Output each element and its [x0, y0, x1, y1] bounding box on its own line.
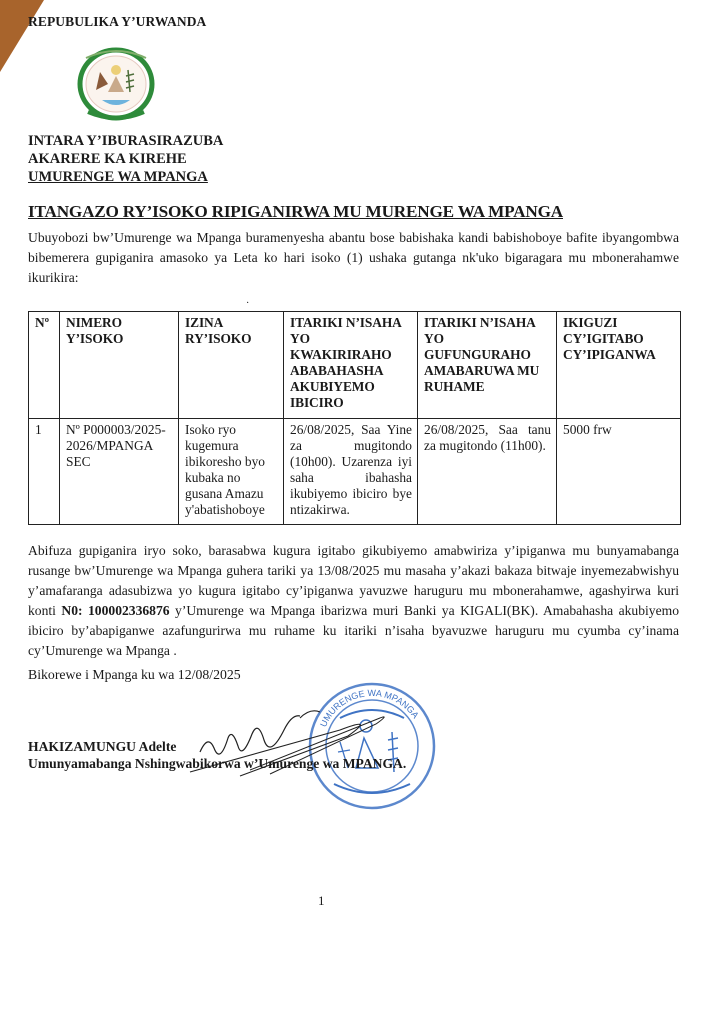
- cell-opening-date: 26/08/2025, Saa tanu za mugitondo (11h00…: [418, 419, 557, 525]
- table-row: 1 Nº P000003/2025-2026/MPANGA SEC Isoko …: [29, 419, 681, 525]
- place-and-date: Bikorewe i Mpanga ku wa 12/08/2025: [28, 667, 241, 683]
- republic-heading: REPUBULIKA Y’URWANDA: [28, 14, 206, 30]
- cell-submission-deadline: 26/08/2025, Saa Yine za mugitondo (10h00…: [284, 419, 418, 525]
- bank-account-number: N0: 100002336876: [61, 603, 169, 618]
- tender-table: Nº NIMERO Y’ISOKO IZINA RY’ISOKO ITARIKI…: [28, 311, 681, 525]
- col-header-document-fee: IKIGUZI CY’IGITABO CY’IPIGANWA: [557, 312, 681, 419]
- col-header-tender-name: IZINA RY’ISOKO: [179, 312, 284, 419]
- page-number: 1: [318, 893, 325, 909]
- signature-block: HAKIZAMUNGU Adelte Umunyamabanga Nshingw…: [28, 738, 406, 772]
- district-line: AKARERE KA KIREHE: [28, 150, 223, 168]
- province-line: INTARA Y’IBURASIRAZUBA: [28, 132, 223, 150]
- sector-line: UMURENGE WA MPANGA: [28, 168, 223, 186]
- signer-name: HAKIZAMUNGU Adelte: [28, 738, 406, 755]
- col-header-number: Nº: [29, 312, 60, 419]
- col-header-opening-date: ITARIKI N’ISAHA YO GUFUNGURAHO AMABARUWA…: [418, 312, 557, 419]
- document-title: ITANGAZO RY’ISOKO RIPIGANIRWA MU MURENGE…: [28, 202, 563, 222]
- rwanda-coat-of-arms-icon: [76, 46, 156, 128]
- cell-tender-number: Nº P000003/2025-2026/MPANGA SEC: [60, 419, 179, 525]
- cell-document-fee: 5000 frw: [557, 419, 681, 525]
- cell-number: 1: [29, 419, 60, 525]
- instructions-paragraph: Abifuza gupiganira iryo soko, barasabwa …: [28, 541, 679, 661]
- signer-title: Umunyamabanga Nshingwabikorwa w’Umurenge…: [28, 755, 406, 772]
- col-header-submission-deadline: ITARIKI N’ISAHA YO KWAKIRIRAHO ABABAHASH…: [284, 312, 418, 419]
- stray-dot: ·: [246, 298, 249, 309]
- table-header-row: Nº NIMERO Y’ISOKO IZINA RY’ISOKO ITARIKI…: [29, 312, 681, 419]
- desk-background-corner: [0, 0, 44, 72]
- cell-tender-name: Isoko ryo kugemura ibikoresho byo kubaka…: [179, 419, 284, 525]
- administrative-header: INTARA Y’IBURASIRAZUBA AKARERE KA KIREHE…: [28, 132, 223, 186]
- intro-paragraph: Ubuyobozi bw’Umurenge wa Mpanga burameny…: [28, 228, 679, 288]
- col-header-tender-number: NIMERO Y’ISOKO: [60, 312, 179, 419]
